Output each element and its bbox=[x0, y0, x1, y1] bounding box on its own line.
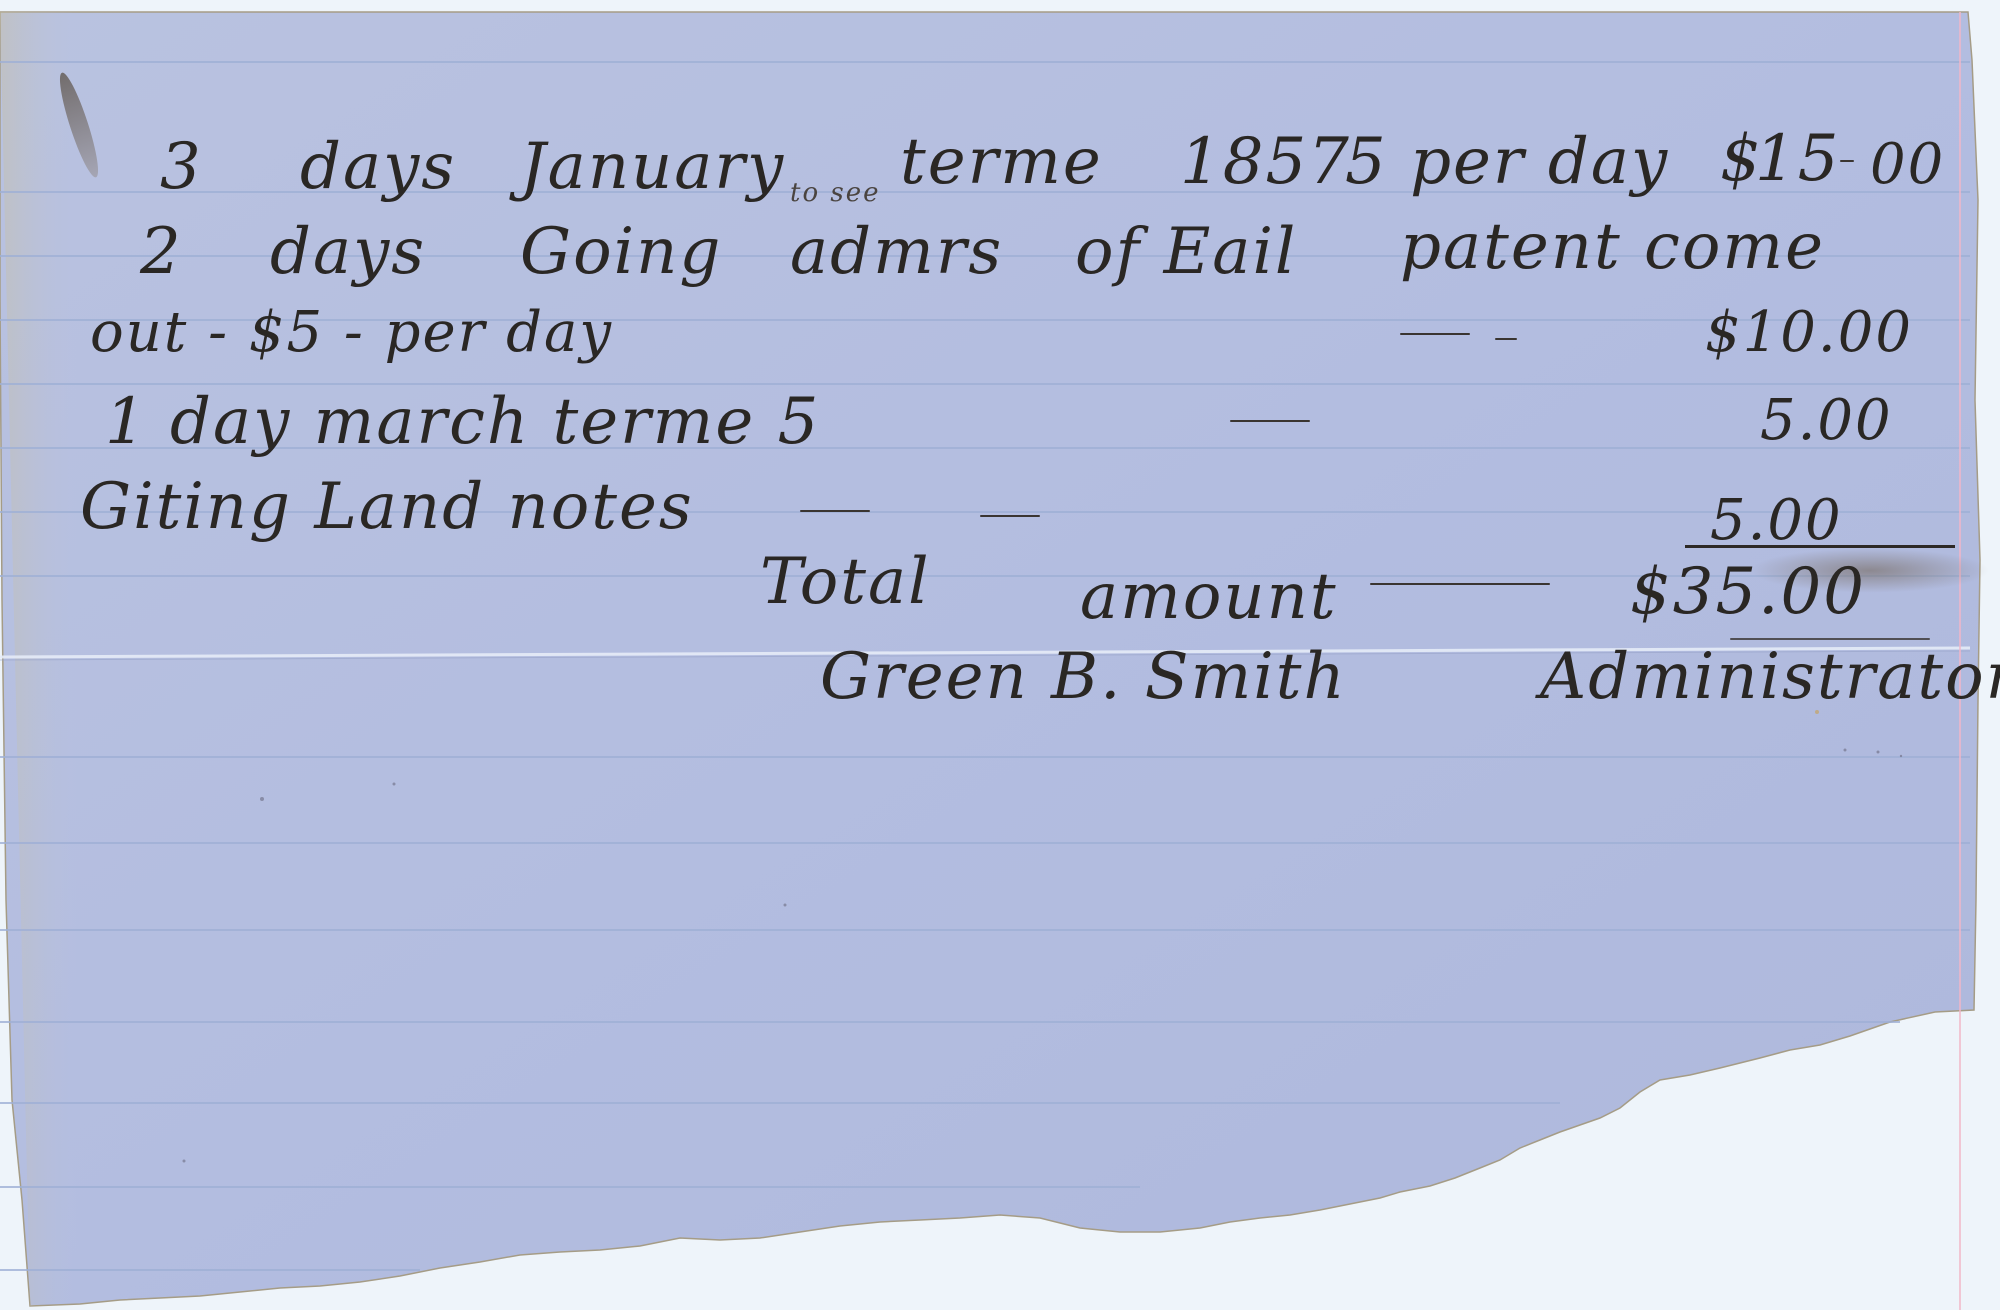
line1-term: terme bbox=[900, 125, 1103, 199]
total-label: Total bbox=[760, 545, 931, 619]
line4-amount: 5.00 bbox=[1760, 388, 1893, 453]
line1-year: 1857 bbox=[1180, 125, 1351, 199]
line1-amount: 15 bbox=[1755, 122, 1840, 196]
line4-text: day march terme 5 bbox=[170, 385, 820, 459]
line1-days: days bbox=[300, 130, 456, 204]
line4-leader-dash bbox=[1230, 420, 1310, 422]
line5-leader-dash bbox=[980, 515, 1040, 517]
line2-qty: 2 bbox=[140, 215, 183, 289]
line1-cents: 00 bbox=[1870, 132, 1945, 197]
line2-going: Going bbox=[520, 215, 722, 289]
line4-qty: 1 bbox=[105, 385, 148, 459]
line5-leader-dash bbox=[800, 510, 870, 512]
line1-separator bbox=[1840, 160, 1854, 162]
total-word: amount bbox=[1080, 560, 1338, 634]
line3-amount: $10.00 bbox=[1705, 300, 1913, 365]
line2-admrs: admrs bbox=[790, 215, 1003, 289]
line2-insertion: to see bbox=[790, 178, 880, 208]
signature-flourish bbox=[1730, 638, 1930, 640]
line2-patent: patent come bbox=[1400, 210, 1825, 284]
line3-leader-dash bbox=[1400, 333, 1470, 335]
line2-days: days bbox=[270, 215, 426, 289]
total-amount: $35.00 bbox=[1630, 555, 1866, 629]
document-scan: 3 days January terme 1857 5 per day $ 15… bbox=[0, 0, 2000, 1310]
line3-leader-dash bbox=[1495, 338, 1517, 340]
line5-amount: 5.00 bbox=[1710, 488, 1843, 553]
line1-month: January bbox=[520, 130, 785, 204]
total-leader-dash bbox=[1370, 583, 1550, 585]
line2-of: of Eail bbox=[1075, 215, 1297, 289]
line1-rate: 5 per day bbox=[1345, 125, 1669, 199]
signature-title: Administrator bbox=[1540, 640, 2000, 714]
signature-name: Green B. Smith bbox=[820, 640, 1347, 714]
line5-text: Giting Land notes bbox=[80, 470, 694, 544]
line1-qty: 3 bbox=[160, 130, 203, 204]
line3-text: out - $5 - per day bbox=[90, 300, 613, 365]
